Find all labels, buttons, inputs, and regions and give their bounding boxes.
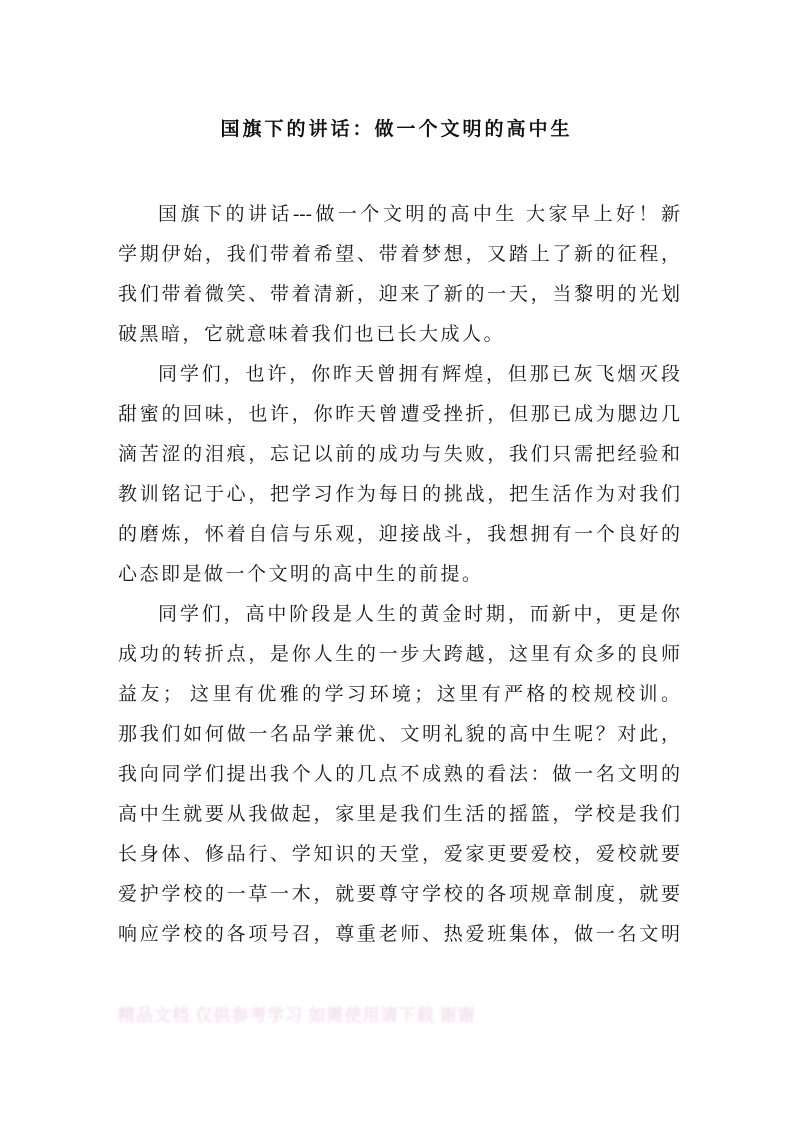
text-line: 甜蜜的回味，也许，你昨天曾遭受挫折，但那已成为腮边几 <box>118 395 680 435</box>
text-line: 的磨炼，怀着自信与乐观，迎接战斗，我想拥有一个良好的 <box>118 515 680 555</box>
paragraph-3: 同学们，高中阶段是人生的黄金时期，而新中，更是你 成功的转折点，是你人生的一步大… <box>118 595 680 955</box>
text-line: 成功的转折点，是你人生的一步大跨越，这里有众多的良师 <box>118 635 680 675</box>
text-line: 滴苦涩的泪痕，忘记以前的成功与失败，我们只需把经验和 <box>118 435 680 475</box>
paragraph-1: 国旗下的讲话---做一个文明的高中生 大家早上好！新 学期伊始，我们带着希望、带… <box>118 195 680 355</box>
text-line: 同学们，高中阶段是人生的黄金时期，而新中，更是你 <box>118 595 680 635</box>
text-line: 我向同学们提出我个人的几点不成熟的看法：做一名文明的 <box>118 755 680 795</box>
text-line: 长身体、修品行、学知识的天堂，爱家更要爱校，爱校就要 <box>118 835 680 875</box>
text-line: 高中生就要从我做起，家里是我们生活的摇篮，学校是我们 <box>118 795 680 835</box>
text-line: 教训铭记于心，把学习作为每日的挑战，把生活作为对我们 <box>118 475 680 515</box>
text-line: 国旗下的讲话---做一个文明的高中生 大家早上好！新 <box>118 195 680 235</box>
text-line: 学期伊始，我们带着希望、带着梦想，又踏上了新的征程， <box>118 235 680 275</box>
text-line: 我们带着微笑、带着清新，迎来了新的一天，当黎明的光划 <box>118 275 680 315</box>
text-line: 益友； 这里有优雅的学习环境；这里有严格的校规校训。 <box>118 675 680 715</box>
text-line: 心态即是做一个文明的高中生的前提。 <box>118 555 680 595</box>
text-line: 破黑暗，它就意味着我们也已长大成人。 <box>118 315 680 355</box>
watermark: 精品文档 仅供参考学习 如需使用请下载 谢谢 <box>118 1001 476 1026</box>
document-body: 国旗下的讲话---做一个文明的高中生 大家早上好！新 学期伊始，我们带着希望、带… <box>118 195 680 955</box>
text-line: 爱护学校的一草一木，就要尊守学校的各项规章制度，就要 <box>118 875 680 915</box>
text-line: 那我们如何做一名品学兼优、文明礼貌的高中生呢？对此， <box>118 715 680 755</box>
text-line: 同学们，也许，你昨天曾拥有辉煌，但那已灰飞烟灭段 <box>118 355 680 395</box>
document-title: 国旗下的讲话：做一个文明的高中生 <box>0 114 793 141</box>
paragraph-2: 同学们，也许，你昨天曾拥有辉煌，但那已灰飞烟灭段 甜蜜的回味，也许，你昨天曾遭受… <box>118 355 680 595</box>
text-line: 响应学校的各项号召，尊重老师、热爱班集体，做一名文明 <box>118 915 680 955</box>
document-page: 国旗下的讲话：做一个文明的高中生 国旗下的讲话---做一个文明的高中生 大家早上… <box>0 0 793 1122</box>
